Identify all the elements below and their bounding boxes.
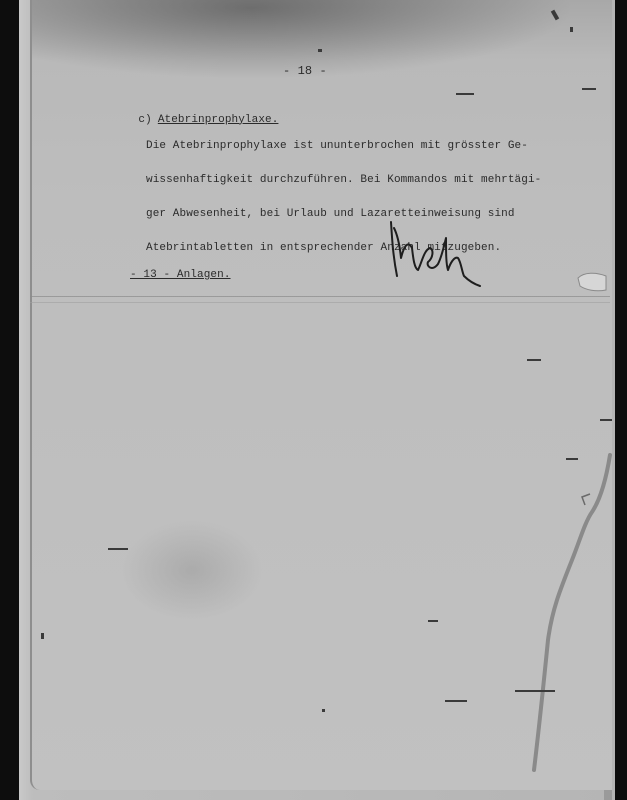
speck	[566, 458, 578, 460]
speck	[570, 27, 573, 32]
attachments-note: - 13 - Anlagen.	[130, 270, 231, 282]
speck	[527, 359, 541, 361]
speck	[41, 633, 44, 639]
signature-icon	[384, 218, 494, 290]
body-line: wissenhaftigkeit durchzuführen. Bei Komm…	[146, 175, 541, 186]
fold-line	[30, 302, 610, 303]
speck	[456, 93, 474, 95]
speck	[515, 690, 555, 692]
speck	[428, 620, 438, 622]
page-number: - 18 -	[283, 66, 327, 78]
speck	[322, 709, 325, 712]
speck	[318, 49, 322, 52]
body-line: Die Atebrinprophylaxe ist ununterbrochen…	[146, 141, 541, 152]
speck	[582, 88, 596, 90]
speck	[445, 700, 467, 702]
speck	[600, 419, 612, 421]
speck	[108, 548, 128, 550]
fold-line	[30, 296, 610, 297]
